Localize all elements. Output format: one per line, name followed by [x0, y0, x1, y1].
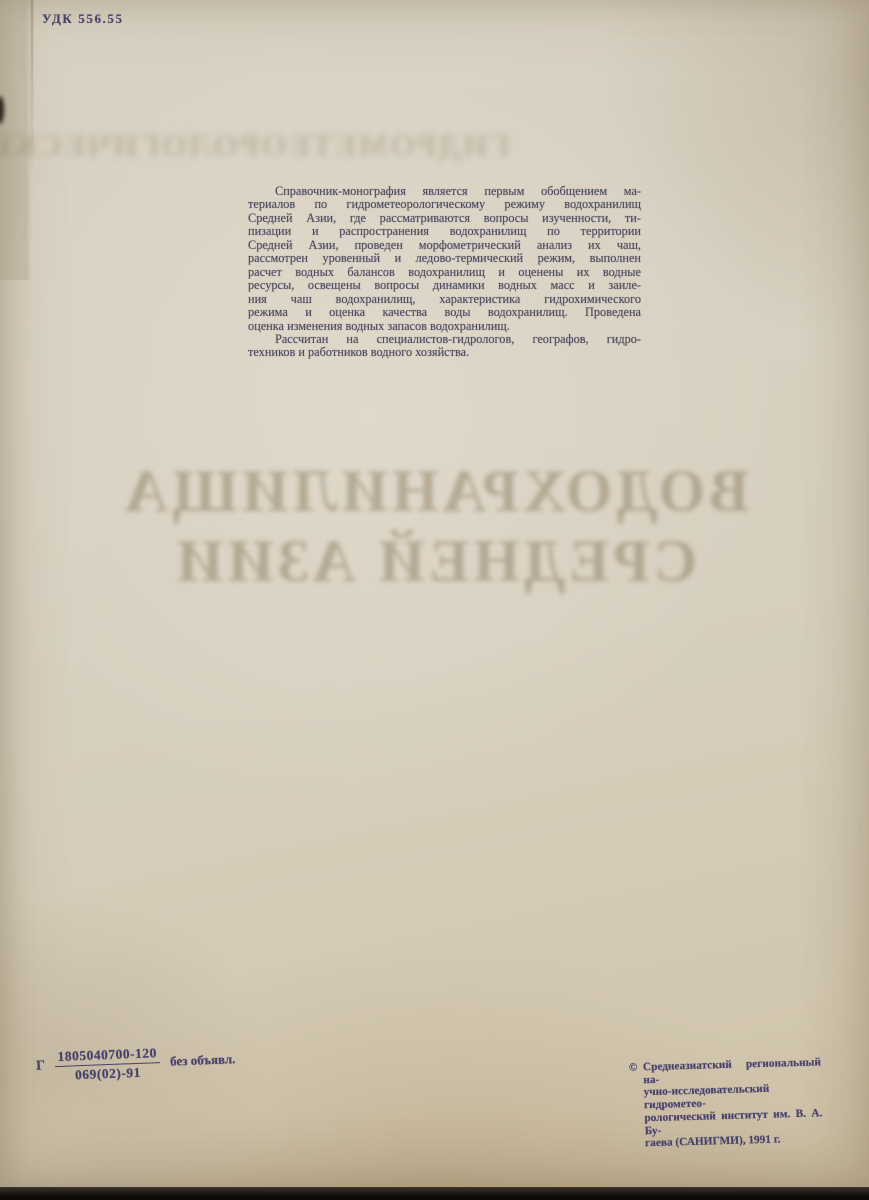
show-through-title-line2: СРЕДНЕЙ АЗИИ — [104, 527, 766, 596]
show-through-title-line1: ВОДОХРАНИЛИЩА — [104, 457, 766, 526]
annotation-line: Справочник-монография является первым об… — [248, 185, 641, 198]
catalog-series-letter: Г — [36, 1059, 46, 1075]
catalog-code-block: Г 1805040700-120 069(02)-91 без объявл. — [35, 1042, 236, 1084]
copyright-lines: Среднеазиатский региональный на-учно-исс… — [643, 1056, 823, 1150]
copyright-text-block: © Среднеазиатский региональный на-учно-и… — [629, 1056, 823, 1150]
copyright-notice: © Среднеазиатский региональный на-учно-и… — [629, 1056, 823, 1150]
annotation-line: рассмотрен уровенный и ледово-термически… — [248, 252, 641, 265]
catalog-code-denominator: 069(02)-91 — [75, 1063, 141, 1082]
annotation-line: оценка изменения водных запасов водохран… — [248, 320, 641, 333]
book-page: УДК 556.55 ГИДРОМЕТЕОРОЛОГИЧЕСКИЕ ВОДОХР… — [0, 0, 869, 1189]
annotation-line: териалов по гидрометеорологическому режи… — [248, 198, 641, 211]
udk-number: УДК 556.55 — [42, 11, 124, 27]
photo-background-edge — [0, 1187, 869, 1200]
annotation-line: режима и оценка качества воды водохранил… — [248, 306, 641, 319]
annotation-line: техников и работников водного хозяйства. — [248, 346, 641, 359]
page-gutter-shading — [0, 0, 32, 280]
annotation-paragraph: Справочник-монография является первым об… — [248, 185, 641, 360]
annotation-line: Средней Азии, проведен морфометрический … — [248, 239, 641, 252]
catalog-code-fraction: 1805040700-120 069(02)-91 — [54, 1045, 160, 1083]
copyright-symbol: © — [629, 1061, 638, 1074]
annotation-line: ресурсы, освещены вопросы динамики водны… — [248, 279, 641, 292]
paper-crease — [31, 0, 33, 175]
annotation-line: ния чаш водохранилищ, характеристика гид… — [248, 293, 641, 306]
catalog-code-numerator: 1805040700-120 — [54, 1045, 160, 1067]
catalog-code-suffix: без объявл. — [170, 1051, 236, 1069]
annotation-line: расчет водных балансов водохранилищ и оц… — [248, 266, 641, 279]
annotation-line: Средней Азии, где рассматриваются вопрос… — [248, 212, 641, 225]
annotation-line: Рассчитан на специалистов-гидрологов, ге… — [248, 333, 641, 346]
annotation-line: пизации и распространения водохранилищ п… — [248, 225, 641, 238]
show-through-series-line: ГИДРОМЕТЕОРОЛОГИЧЕСКИЕ — [58, 127, 510, 164]
